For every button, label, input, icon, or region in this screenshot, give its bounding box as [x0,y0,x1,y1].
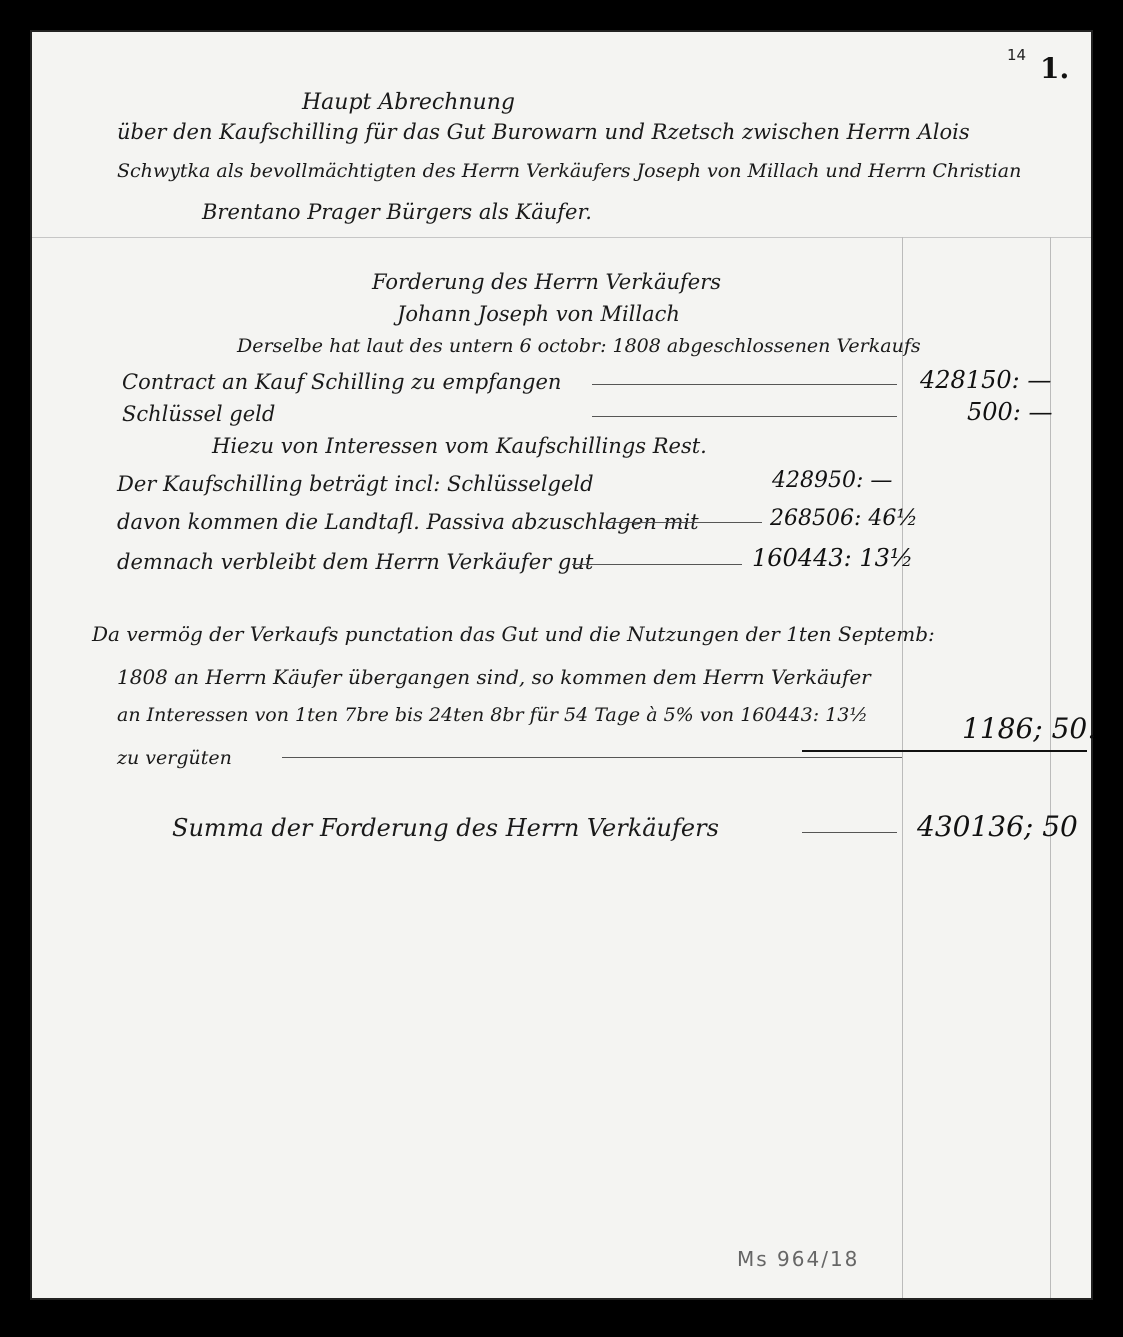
section-intro: Derselbe hat laut des untern 6 octobr: 1… [237,335,921,357]
shelfmark: Ms 964/18 [737,1247,859,1271]
column-rule-left [902,237,903,1298]
interest-line-3: an Interessen von 1ten 7bre bis 24ten 8b… [117,704,868,726]
section-subtitle: Johann Joseph von Millach [397,302,680,326]
sub-heading: Hiezu von Interessen vom Kaufschillings … [212,434,707,458]
total-label: Summa der Forderung des Herrn Verkäufers [172,814,719,842]
leader-line [282,757,902,758]
sub-entry-amount: 268506: 46½ [770,506,918,531]
interest-line-2: 1808 an Herrn Käufer übergangen sind, so… [117,665,871,689]
interest-line-4: zu vergüten [117,747,232,769]
ink-folio-number: 1. [1040,52,1069,85]
leader-line [592,416,897,417]
heading-line-3: Brentano Prager Bürgers als Käufer. [202,200,592,224]
interest-amount: 1186; 50. [962,712,1096,745]
manuscript-page: 14 1. Haupt Abrechnung über den Kaufschi… [30,30,1093,1300]
sub-entry-label: Der Kaufschilling beträgt incl: Schlüsse… [117,472,594,496]
sub-entry-amount: 428950: — [772,468,892,493]
sum-underline [802,750,1087,752]
leader-line [592,384,897,385]
ruled-line [32,237,1091,238]
sub-entry-amount: 160443: 13½ [752,544,913,572]
entry-amount: 428150: — [920,366,1051,394]
heading-line-1: über den Kaufschilling für das Gut Burow… [117,120,970,144]
interest-line-1: Da vermög der Verkaufs punctation das Gu… [92,622,935,646]
heading-title: Haupt Abrechnung [302,90,515,115]
entry-label: Schlüssel geld [122,402,275,426]
leader-line [572,564,742,565]
section-title: Forderung des Herrn Verkäufers [372,270,721,294]
pencil-folio-number: 14 [1007,46,1026,64]
sub-entry-label: demnach verbleibt dem Herrn Verkäufer gu… [117,550,593,574]
leader-line [602,522,762,523]
leader-line [802,832,897,833]
heading-line-2: Schwytka als bevollmächtigten des Herrn … [117,160,1021,182]
entry-label: Contract an Kauf Schilling zu empfangen [122,370,561,394]
total-amount: 430136; 50 [917,810,1078,843]
entry-amount: 500: — [967,398,1053,426]
column-rule-right [1050,237,1051,1298]
